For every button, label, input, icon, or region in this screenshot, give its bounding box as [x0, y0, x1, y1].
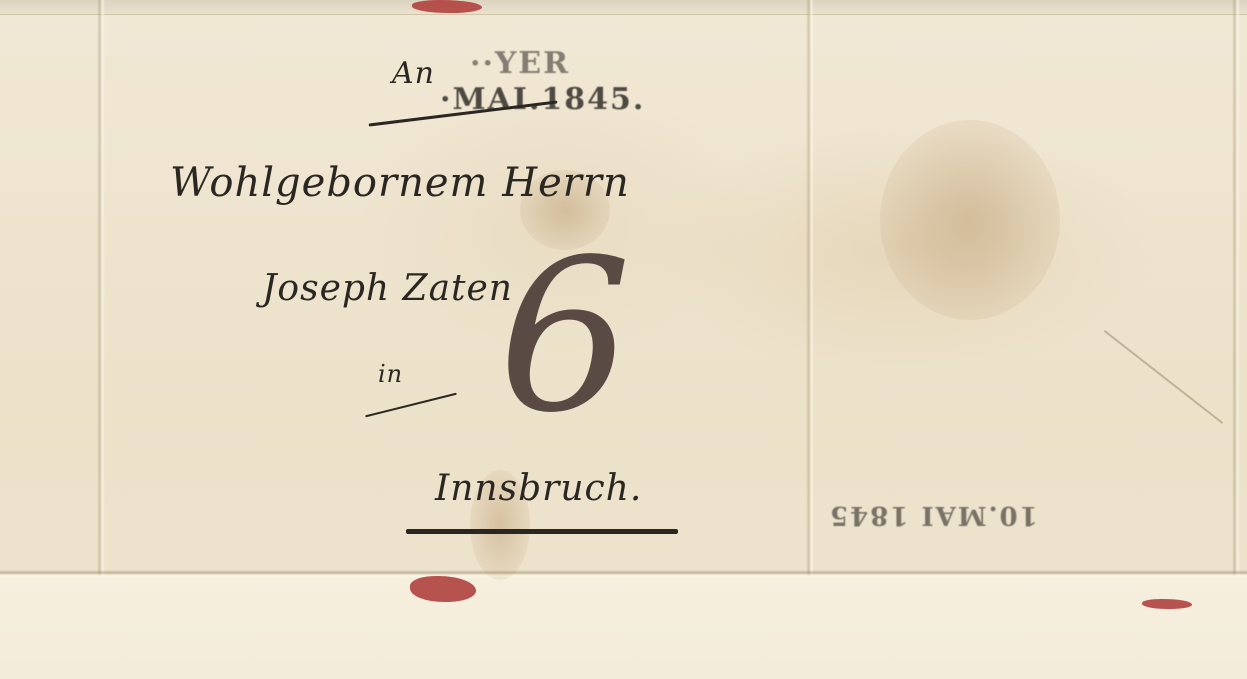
- city-underline: [406, 529, 678, 534]
- wax-seal-bottom: [410, 576, 476, 602]
- top-fold-edge: [0, 0, 1247, 15]
- address-line-2: Joseph Zaten: [262, 268, 513, 309]
- in-underline: [365, 393, 457, 418]
- stain: [880, 120, 1060, 320]
- letter-sheet: ··YER ·MAI.1845. An Wohlgebornem Herrn J…: [0, 0, 1247, 679]
- address-prefix: An: [392, 56, 435, 91]
- address-line-3: in: [378, 360, 403, 388]
- wax-seal-right: [1142, 599, 1192, 609]
- bottom-flap: [0, 576, 1247, 679]
- wax-seal-top: [412, 0, 482, 13]
- flap-crease: [1104, 330, 1223, 424]
- address-city: Innsbruch.: [435, 468, 642, 509]
- postage-rate-marking: 6: [498, 232, 632, 442]
- horizontal-fold: [0, 570, 1247, 578]
- postmark-town: ··YER: [470, 46, 570, 81]
- address-line-1: Wohlgebornem Herrn: [170, 160, 630, 206]
- arrival-postmark-date: 10.MAI 1845: [828, 500, 1038, 530]
